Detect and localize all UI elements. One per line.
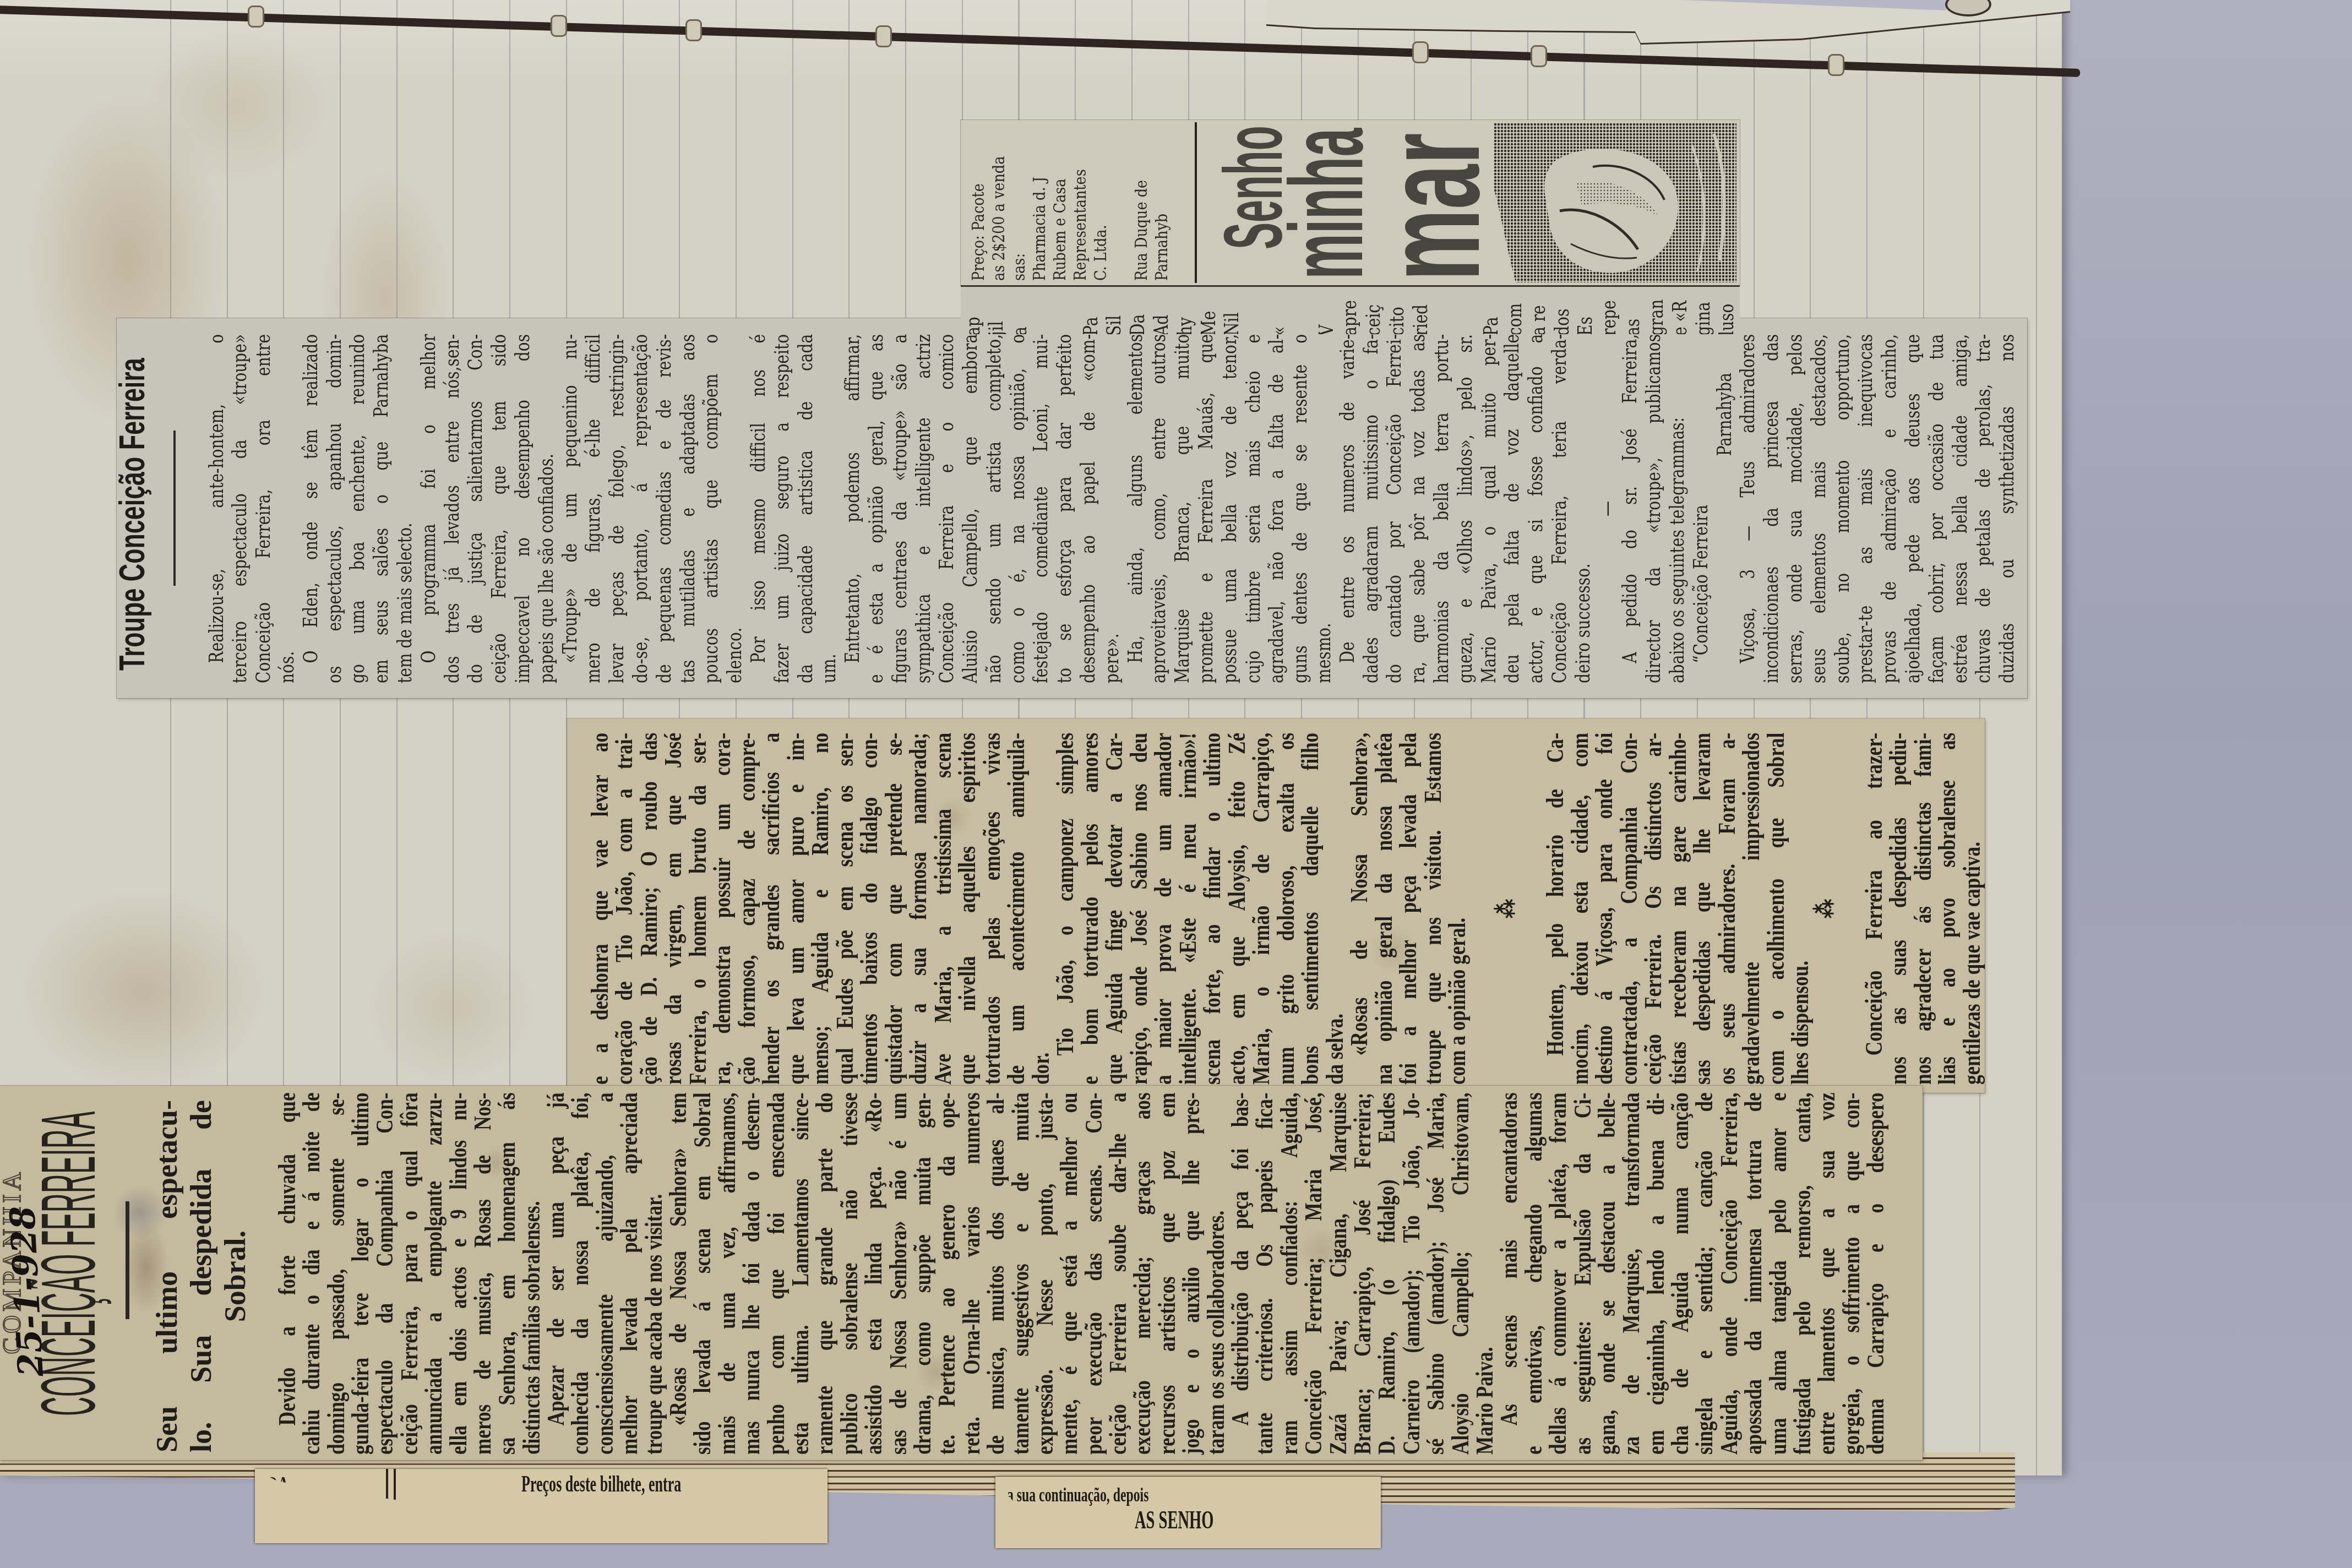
- text-line: ram assim confiados: Aguida,: [1277, 1092, 1302, 1455]
- text-line: prestar-te as mais inequivocas: [1854, 334, 1878, 683]
- text-line: consciensiosamente ajuizando, a: [593, 1092, 617, 1455]
- text-line: deu pela falta de voz daquelle: [1501, 334, 1525, 683]
- text-line: «Rosas de Nossa Senhora»,: [1347, 733, 1372, 1085]
- clipping-companhia-conceicao-ferreira: COMPANHIA CONCEIÇÃO FERREIRA 25-1-928 Se…: [0, 1086, 1923, 1460]
- text-line: Branca; Carrapiço, José Ferreira;: [1351, 1092, 1375, 1455]
- text-line: ceição Ferreira. Os distinctos ar-: [1641, 733, 1666, 1085]
- text-line: possue uma bella voz de tenor,: [1218, 334, 1242, 683]
- text-line: sé Sabino (amador); José Maria,: [1424, 1092, 1448, 1455]
- text-line: luso: [1716, 282, 1739, 334]
- text-line: acto, em que Aloysio, feito Zé: [1225, 733, 1250, 1085]
- clipping-advertisement: Preço: Pacoteas 2$200 a vendasas:Pharmac…: [961, 120, 1740, 285]
- text-line: como o é, na nossa opinião, o: [1006, 334, 1030, 683]
- text-line: bons sentimentos daquelle filho: [1298, 733, 1323, 1085]
- text-line: com: [1504, 282, 1527, 334]
- text-line: cujo timbre seria mais cheio e: [1242, 334, 1266, 683]
- paragraph: Devido a forte chuvada quecahiu durante …: [275, 1092, 544, 1455]
- text-line: troupe que nos visitou. Estamos: [1421, 733, 1446, 1085]
- text-line: «Rosas de Nossa Senhora» tem: [666, 1092, 690, 1455]
- text-line: te. Pertence ao genero da ope-: [935, 1092, 959, 1455]
- article-body: Devido a forte chuvada quecahiu durante …: [275, 1092, 1888, 1455]
- text-line: soube, no momento opportuno,: [1831, 334, 1855, 683]
- torn-fragment-right: a sua continuação, depois AS SENHO: [995, 1477, 1381, 1548]
- text-line: com o acolhimento que Sobral: [1764, 733, 1789, 1085]
- text-line: annunciada a empolgante zarzu-: [422, 1092, 446, 1455]
- halftone-portrait-icon: [1494, 123, 1736, 282]
- paragraph: Conceição Ferreira ao trazer-nos as suas…: [1862, 733, 1985, 1085]
- clipping-companhia-continuation: e a deshonra que vae levar aocoração de …: [567, 718, 1985, 1093]
- text-line: coração de Tio João, com a trai-: [612, 733, 637, 1085]
- text-line: Preço: Pacote: [968, 120, 989, 281]
- text-line: gran: [1645, 282, 1669, 334]
- text-line: as seguintes: Expulsão da Ci-: [1571, 1092, 1595, 1455]
- text-line: provas de admiração e carinho,: [1878, 334, 1902, 683]
- text-line: A pedido do sr. José Ferreira,: [1619, 334, 1642, 683]
- text-line: mero de figuras, é-lhe difficil: [582, 334, 606, 683]
- text-line: da capacidade artistica de cada: [794, 334, 818, 683]
- text-line: os espectaculos, apanhou domin-: [323, 334, 347, 683]
- text-line: Tio João, o camponez simples: [1053, 733, 1078, 1085]
- text-line: seus elementos mais destacados,: [1807, 334, 1831, 683]
- ad-divider: [1195, 122, 1197, 283]
- paragraph: ⁂: [1470, 733, 1544, 1085]
- ad-text: Preço: Pacoteas 2$200 a vendasas:Pharmac…: [968, 120, 1172, 281]
- text-line: publico sobralense não tivesse: [837, 1092, 862, 1455]
- rotated-text-frame: e a deshonra que vae levar aocoração de …: [567, 718, 1985, 1093]
- text-line: rapiço, onde José Sabino nos deu: [1127, 733, 1152, 1085]
- text-line: espectaculo da Companhia Con-: [373, 1092, 397, 1455]
- text-line: Apezar de ser uma peça já: [544, 1092, 568, 1455]
- binding-stitch: [875, 25, 892, 47]
- text-line: figuras centraes da «troupe» são a: [889, 334, 912, 683]
- text-line: tistas receberam na gare carinho-: [1666, 733, 1691, 1085]
- text-line: singela e sentida; canção de: [1692, 1092, 1717, 1455]
- rotated-text-frame: COMPANHIA CONCEIÇÃO FERREIRA 25-1-928 Se…: [0, 1086, 1923, 1460]
- text-line: Nil: [1221, 282, 1244, 334]
- text-line: cha de Aguida numa canção: [1668, 1092, 1692, 1455]
- text-line: director da «troupe», publicamos: [1642, 334, 1666, 683]
- text-line: hy: [1174, 282, 1197, 334]
- text-line: ried: [1409, 282, 1433, 334]
- text-line: sas de Nossa Senhora» não é um: [886, 1092, 911, 1455]
- text-line: Aloysio Campello; Christovam,: [1449, 1092, 1473, 1455]
- text-line: Parnahyb: [1152, 120, 1172, 281]
- text-line: De entre os numeros de varie-: [1336, 334, 1360, 683]
- text-line: A distribuição da peça foi bas-: [1228, 1092, 1253, 1455]
- text-line: da selva.: [1323, 733, 1348, 1085]
- fragment-partial-text: RA: [266, 1471, 288, 1497]
- text-line: go uma boa enchente, reunindo: [346, 334, 370, 683]
- text-line: gina: [1692, 282, 1716, 334]
- text-line: nos agradecer ás distinctas fami-: [1911, 733, 1936, 1085]
- text-line: Maria, o irmão de Carrapiço,: [1249, 733, 1274, 1085]
- torn-fragment-paper: a sua continuação, depois AS SENHO: [995, 1477, 1381, 1548]
- paragraph: «Troupe» de um pequenino nu-mero de figu…: [559, 334, 747, 683]
- text-line: ção de D. Ramiro; O roubo das: [637, 733, 662, 1085]
- text-line: assistido esta linda peça. «Ro-: [862, 1092, 886, 1455]
- adjacent-column-fragments: apjilaPaSilDaAdhyMeNil«Vapreceiçcitoried…: [962, 282, 1739, 334]
- paragraph: “Conceição Ferreira: [1690, 334, 1713, 683]
- text-line: penho com que foi enscenada: [764, 1092, 788, 1455]
- text-line: papeis que lhe são confiados.: [535, 334, 559, 683]
- text-line: Zazá Paiva; Cigana, Marquise: [1326, 1092, 1351, 1455]
- paragraph: Tio João, o camponez simplese bom tortur…: [1053, 733, 1347, 1085]
- text-line: do cantado por Conceição Ferrei-: [1383, 334, 1407, 683]
- text-line: menso; Aguida e Ramiro, no: [808, 733, 833, 1085]
- text-line: timentos baixos do fidalgo con-: [857, 733, 882, 1085]
- text-line: Por isso mesmo difficil nos é: [747, 334, 771, 683]
- text-line: lias e ao povo sobralense as: [1935, 733, 1960, 1085]
- paragraph: ⁂: [1813, 733, 1862, 1085]
- text-line: sido levada á scena em Sobral: [690, 1092, 715, 1455]
- text-line: dades agradaram muitissimo o fa-: [1360, 334, 1384, 683]
- text-line: [1519, 733, 1544, 1085]
- text-line: do-se, portanto, á representação: [629, 334, 653, 683]
- text-line: de um acontecimento anniquila-: [1004, 733, 1029, 1085]
- paragraph: Viçosa, 3 — Teus admiradoresincondiciona…: [1736, 334, 2019, 683]
- text-line: mais de uma vez, affirmamos,: [715, 1092, 739, 1455]
- text-line: agradavel, não fora a falta de al-: [1265, 334, 1289, 683]
- text-line: D. Ramiro, (o fidalgo) Eudes: [1375, 1092, 1399, 1455]
- text-line: Mario Paiva, o qual muito per-: [1478, 334, 1501, 683]
- text-line: mas nunca lhe foi dada o desem-: [739, 1092, 764, 1455]
- text-line: gana, onde se destacou a belle-: [1595, 1092, 1619, 1455]
- text-line: Seu ultimo espetacu-: [150, 1100, 184, 1452]
- text-line: domingo passado, somente se-: [324, 1092, 349, 1455]
- text-line: [1837, 733, 1862, 1085]
- text-line: gentilezas de que vae captiva.: [1960, 733, 1985, 1085]
- text-line: ceição Ferreira, para o qual fôra: [398, 1092, 422, 1455]
- text-line: Aguida, onde Conceição Ferreira,: [1717, 1092, 1741, 1455]
- text-line: poucos artistas que compõem o: [700, 334, 723, 683]
- text-line: estréa nessa bella cidade amiga,: [1949, 334, 1973, 683]
- text-line: os seus admiradores. Foram a-: [1715, 733, 1740, 1085]
- paragraph: Parnahyba: [1713, 334, 1737, 683]
- text-line: e «R: [1669, 282, 1692, 334]
- text-line: nós.: [276, 334, 300, 683]
- paragraph: Seu ultimo espetacu-lo. Sua despedida de: [150, 1100, 218, 1452]
- text-line: Conceição Ferreira; Maria José,: [1302, 1092, 1326, 1455]
- text-line: Conceição Ferreira, teria verda-: [1548, 334, 1572, 683]
- text-line: recursos artisticos que poz em: [1155, 1092, 1179, 1455]
- paragraph: A distribuição da peça foi bas-tante cri…: [1228, 1092, 1497, 1455]
- text-line: impeccavel no desempenho dos: [511, 334, 535, 683]
- paragraph: Entretanto, podemos affirmar,e é esta a …: [841, 334, 1124, 683]
- text-line: apre: [1338, 282, 1362, 334]
- text-line: terceiro espectaculo da «troupe»: [228, 334, 252, 683]
- text-line: façam cobrir, por occasião de tua: [1925, 334, 1949, 683]
- text-line: Pharmacia d. J: [1030, 120, 1050, 281]
- text-line: as: [1621, 282, 1645, 334]
- text-line: Ha, ainda, alguns elementos: [1124, 334, 1148, 683]
- text-line: torturados pelas emoções vivas: [980, 733, 1005, 1085]
- text-line: Da: [1126, 282, 1150, 334]
- paragraph: Sobral.: [218, 1100, 252, 1452]
- text-line: Pa: [1080, 282, 1103, 334]
- text-line: incondicionaes da princesa das: [1760, 334, 1784, 683]
- text-line: mente, é que está a melhor ou: [1057, 1092, 1081, 1455]
- text-line: ap: [962, 282, 986, 334]
- text-line: gorgeia, o soffrimento a que con-: [1839, 1092, 1864, 1455]
- paragraph: As scenas mais encantadorase emotivas, c…: [1497, 1092, 1888, 1455]
- text-line: a maior prova de um amador: [1151, 733, 1176, 1085]
- text-line: e emotivas, chegando algumas: [1522, 1092, 1546, 1455]
- text-line: destino á Viçosa, para onde foi: [1592, 733, 1617, 1085]
- text-line: as 2$200 a venda: [989, 120, 1009, 281]
- paragraph: «Rosas de Nossa Senhora» temsido levada …: [666, 1092, 1228, 1455]
- text-line: Parnahyba: [1713, 334, 1737, 683]
- text-line: Conceição Ferreira, ora entre: [252, 334, 276, 683]
- text-line: em seus salões o que Parnahyba: [370, 334, 394, 683]
- text-line: do de justiça salientarmos Con-: [464, 334, 488, 683]
- text-line: Ad: [1150, 282, 1174, 334]
- paragraph: Por isso mesmo difficil nos éfazer um ju…: [747, 334, 841, 683]
- text-line: entre lamentos que a sua voz: [1815, 1092, 1839, 1455]
- binding-stitch: [551, 15, 567, 37]
- text-line: tante criteriosa. Os papeis fica-: [1253, 1092, 1277, 1455]
- text-line: Sil: [1103, 282, 1126, 334]
- fragment-text: Preços deste bilhete, entra: [521, 1471, 681, 1498]
- paragraph: Hontem, pelo horario de Ca-mocim, deixou…: [1543, 733, 1813, 1085]
- text-line: e bom torturado pelos amores: [1078, 733, 1103, 1085]
- text-line: Es: [1574, 282, 1598, 334]
- fragment-heading: AS SENHO: [1135, 1505, 1213, 1534]
- text-line: lhes dispensou.: [1788, 733, 1813, 1085]
- text-line: dellas á commover a platéa, foram: [1546, 1092, 1570, 1455]
- text-line: Viçosa, 3 — Teus admiradores: [1736, 334, 1760, 683]
- text-line: serras, onde sua mocidade, pelos: [1784, 334, 1807, 683]
- text-line: ceição Ferreira, que tem sido: [488, 334, 511, 683]
- text-line: execução merecida; graças aos: [1130, 1092, 1155, 1455]
- text-line: de musica, muitos dos quaes al-: [984, 1092, 1008, 1455]
- text-line: [1456, 282, 1480, 334]
- paragraph: e a deshonra que vae levar aocoração de …: [588, 733, 1054, 1085]
- text-line: distinctas familias sobralenses.: [520, 1092, 544, 1455]
- article-body: Realizou-se, ante-hontem, oterceiro espe…: [205, 334, 2019, 683]
- text-line: lo. Sua despedida de: [184, 1100, 218, 1452]
- text-line: sas despedidas que lhe levaram: [1690, 733, 1715, 1085]
- text-line: Aluisio Campello, que embora: [959, 334, 983, 683]
- fragment-text: a sua continuação, depois: [1007, 1483, 1148, 1506]
- text-line: chuvas de petalas de perolas, tra-: [1972, 334, 1996, 683]
- text-line: ajoelhada, pede aos deuses que: [1902, 334, 1925, 683]
- text-line: —: [1596, 334, 1619, 683]
- text-line: um.: [818, 334, 841, 683]
- text-line: ceição Ferreira soube dar-lhe a: [1106, 1092, 1130, 1455]
- text-line: Rubem e Casa: [1050, 120, 1070, 281]
- text-line: Devido a forte chuvada que: [275, 1092, 300, 1455]
- adjacent-column-strip: apjilaPaSilDaAdhyMeNil«Vapreceiçcitoried…: [961, 282, 1740, 334]
- portrait-illustration-icon: [1494, 123, 1736, 282]
- text-line: dor.: [1029, 733, 1054, 1085]
- text-line: Realizou-se, ante-hontem, o: [205, 334, 229, 683]
- text-line: na opinião geral da nossa platêa: [1372, 733, 1397, 1085]
- text-line: dos: [1551, 282, 1575, 334]
- text-line: num grito doloroso, exalta os: [1274, 733, 1299, 1085]
- text-line: ⁂: [1813, 733, 1838, 1085]
- text-line: peor execução das scenas. Con-: [1082, 1092, 1106, 1455]
- text-line: actor, e que si fosse confiado a: [1525, 334, 1548, 683]
- text-line: ⁂: [1494, 733, 1519, 1085]
- text-line: deiro successo.: [1572, 334, 1596, 683]
- text-line: As scenas mais encantadoras: [1497, 1092, 1521, 1455]
- paragraph: «Rosas de Nossa Senhora»,na opinião gera…: [1347, 733, 1470, 1085]
- text-line: ção formoso, capaz de compre-: [735, 733, 760, 1085]
- binding-stitch: [685, 19, 702, 41]
- fragment-rule: [394, 1469, 396, 1516]
- article-subheadline: Seu ultimo espetacu-lo. Sua despedida de…: [150, 1100, 252, 1452]
- text-line: ceiç: [1362, 282, 1386, 334]
- text-line: expressão. Nesse ponto, justa-: [1033, 1092, 1057, 1455]
- paragraph: Realizou-se, ante-hontem, oterceiro espe…: [205, 334, 300, 683]
- text-line: cahiu durante o dia e á noite de: [300, 1092, 324, 1455]
- text-line: harmonias da bella terra portu-: [1430, 334, 1454, 683]
- text-line: V: [1315, 282, 1339, 334]
- text-line: com a opinião geral.: [1445, 733, 1470, 1085]
- text-line: Rua Duque de: [1131, 120, 1152, 281]
- text-line: que nivella aquelles espiritos: [955, 733, 980, 1085]
- text-line: taram os seus collaboradores.: [1204, 1092, 1228, 1455]
- text-line: nos as suas despedidas pediu-: [1886, 733, 1911, 1085]
- text-line: jil: [985, 282, 1009, 334]
- rotated-text-frame: apjilaPaSilDaAdhyMeNil«Vapreceiçcitoried…: [961, 282, 1740, 334]
- text-line: rosas da virgem, em que José: [661, 733, 686, 1085]
- text-line: Entretanto, podemos affirmar,: [841, 334, 865, 683]
- text-line: ra, demonstra possuir um cora-: [710, 733, 735, 1085]
- text-line: ella em dois actos e 9 lindos nu-: [447, 1092, 471, 1455]
- text-line: Marquise Branca, que muito: [1171, 334, 1195, 683]
- text-line: melhor levada pela apreciada: [617, 1092, 641, 1455]
- text-line: hender os grandes sacrificios a: [759, 733, 784, 1085]
- paragraph: Preço: Pacoteas 2$200 a vendasas:Pharmac…: [968, 120, 1172, 281]
- text-line: Representantes: [1070, 120, 1091, 281]
- text-line: gueza, e «Olhos lindos», pelo sr.: [1454, 334, 1478, 683]
- paragraph: O programma foi o melhordos tres já leva…: [417, 334, 559, 683]
- text-line: quistador com que pretende se-: [882, 733, 907, 1085]
- text-line: esta ultima. Lamentamos since-: [788, 1092, 813, 1455]
- text-line: reta. Orna-lhe varios numeros: [960, 1092, 984, 1455]
- text-line: demna Carrapiço e o desespero: [1864, 1092, 1888, 1455]
- text-line: [1111, 120, 1131, 281]
- binding-stitch: [1828, 54, 1844, 76]
- article-headline: Troupe Conceição Ferreira: [117, 358, 149, 671]
- text-line: Hontem, pelo horario de Ca-: [1543, 733, 1568, 1085]
- text-line: mesmo.: [1313, 334, 1336, 683]
- article-body-continuation: e a deshonra que vae levar aocoração de …: [588, 733, 1985, 1085]
- paragraph: O Eden, onde se têm realizadoos espectac…: [300, 334, 417, 683]
- text-line: levar peças de folego, restringin-: [606, 334, 629, 683]
- text-line: [1244, 282, 1268, 334]
- text-line: e a deshonra que vae levar ao: [588, 733, 613, 1085]
- text-line: «: [1268, 282, 1292, 334]
- text-line: Conceição Ferreira ao trazer-: [1862, 733, 1887, 1085]
- text-line: [1032, 282, 1056, 334]
- text-line: duzidas ou synthetizadas nos: [1996, 334, 2019, 683]
- text-line: [1470, 733, 1495, 1085]
- text-line: promette e Ferreira Mauás, que: [1195, 334, 1218, 683]
- text-line: apossada da immensa tortura de: [1741, 1092, 1766, 1455]
- text-line: aproveitaveis, como, entre outros: [1147, 334, 1171, 683]
- text-line: C. Ltda.: [1091, 120, 1111, 281]
- paragraph: Apezar de ser uma peça jáconhecida da no…: [544, 1092, 666, 1455]
- paragraph: Ha, ainda, alguns elementosaproveitaveis…: [1124, 334, 1336, 683]
- clipping-troupe-conceicao-ferreira: Troupe Conceição Ferreira Realizou-se, a…: [117, 318, 2027, 698]
- text-line: abaixo os seguintes telegrammas:: [1666, 334, 1690, 683]
- text-line: fustigada pelo remorso, canta,: [1790, 1092, 1815, 1455]
- text-line: tas mutiladas e adaptadas aos: [677, 334, 700, 683]
- text-line: sa Senhora, em homenagem ás: [495, 1092, 519, 1455]
- text-line: dos tres já levados entre nós,sen-: [441, 334, 465, 683]
- torn-fragment-left: RA Preços deste bilhete, entra: [255, 1469, 827, 1543]
- text-line: jogo e o auxilio que lhe pres-: [1179, 1092, 1204, 1455]
- text-line: desempenho ao papel de «com-: [1077, 334, 1101, 683]
- paragraph: —: [1596, 334, 1619, 683]
- text-line: O programma foi o melhor: [417, 334, 441, 683]
- paragraph: A pedido do sr. José Ferreira,director d…: [1619, 334, 1689, 683]
- text-line: gunda-feira teve logar o ultimo: [349, 1092, 373, 1455]
- text-line: Sobral.: [218, 1100, 252, 1452]
- text-line: “Conceição Ferreira: [1690, 334, 1713, 683]
- paragraph: apjilaPaSilDaAdhyMeNil«Vapreceiçcitoried…: [962, 282, 1739, 334]
- text-line: intelligente. «Este é meu irmão»!: [1176, 733, 1201, 1085]
- text-line: a: [1009, 282, 1032, 334]
- text-line: conhecida da nossa platêa, foi,: [568, 1092, 592, 1455]
- text-line: repe: [1598, 282, 1621, 334]
- text-line: de pequenas comedias e de revis-: [653, 334, 677, 683]
- text-line: Me: [1197, 282, 1221, 334]
- headline-divider: [173, 431, 176, 586]
- text-line: que leva um amor puro e im-: [784, 733, 809, 1085]
- text-line: tem de mais selecto.: [394, 334, 417, 683]
- ad-display-word: mar: [1363, 133, 1500, 281]
- rotated-text-frame: Troupe Conceição Ferreira Realizou-se, a…: [117, 318, 2027, 698]
- text-line: mocim, deixou esta cidade, com: [1568, 733, 1593, 1085]
- text-line: uma alma tangida pelo amor e: [1766, 1092, 1790, 1455]
- text-line: za de Marquise, transformada: [1619, 1092, 1643, 1455]
- text-line: [1056, 282, 1080, 334]
- text-line: sympathica e intelligente actriz: [912, 334, 936, 683]
- headline-divider: [126, 1201, 129, 1319]
- torn-fragment-paper: RA Preços deste bilhete, entra: [255, 1469, 827, 1543]
- text-line: to se esforça para dar perfeito: [1053, 334, 1077, 683]
- text-line: Mario Paiva.: [1473, 1092, 1497, 1455]
- text-line: guns dentes de que se resente o: [1289, 334, 1313, 683]
- text-line: troupe que acaba de nos visitar.: [642, 1092, 666, 1455]
- text-line: [1292, 282, 1315, 334]
- text-line: que Aguida finge devotar a Car-: [1102, 733, 1127, 1085]
- text-line: «Troupe» de um pequenino nu-: [559, 334, 582, 683]
- text-line: [1433, 282, 1457, 334]
- text-line: sas:: [1009, 120, 1030, 281]
- text-line: pere».: [1101, 334, 1124, 683]
- text-line: Conceição Ferreira e o comico: [935, 334, 959, 683]
- text-line: foi a melhor peça levada pela: [1396, 733, 1421, 1085]
- text-line: Ferreira, o homem bruto da ser-: [686, 733, 711, 1085]
- text-line: ra, que sabe pôr na voz todas as: [1407, 334, 1430, 683]
- text-line: Pa: [1480, 282, 1504, 334]
- text-line: tamente suggestivos e de muita: [1009, 1092, 1033, 1455]
- text-line: contractada, a Companhia Con-: [1617, 733, 1642, 1085]
- text-line: em ciganinha, lendo a buena di-: [1644, 1092, 1668, 1455]
- text-line: Ave Maria, a tristissima scena: [931, 733, 956, 1085]
- text-line: meros de musica, Rosas de Nos-: [471, 1092, 495, 1455]
- text-line: O Eden, onde se têm realizado: [300, 334, 323, 683]
- handwritten-date: 25-1-928: [6, 1205, 48, 1378]
- fragment-rule: [386, 1469, 388, 1516]
- text-line: elenco.: [723, 334, 747, 683]
- text-line: não sendo um artista completo,: [983, 334, 1006, 683]
- text-line: duzir a sua formosa namorada;: [906, 733, 931, 1085]
